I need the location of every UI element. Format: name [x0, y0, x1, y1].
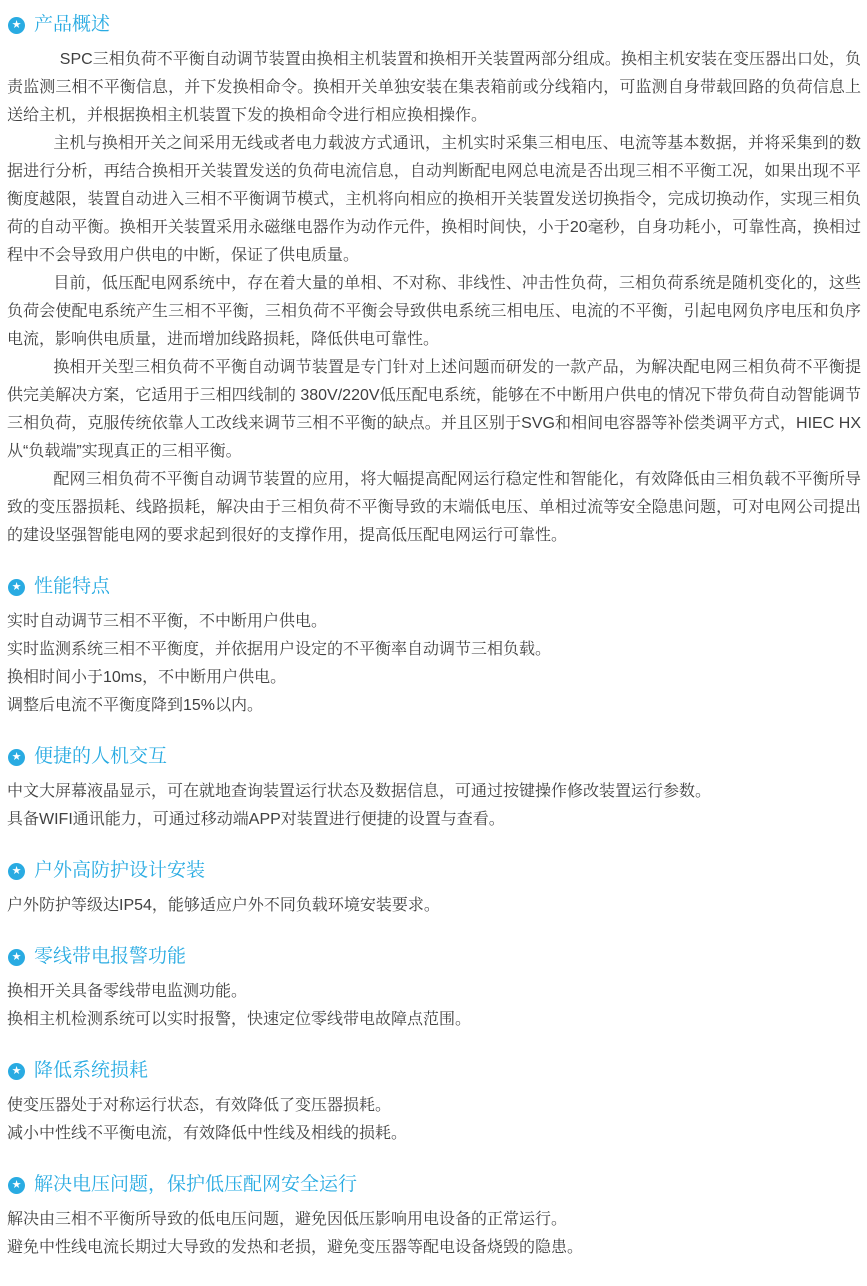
- paragraph: 换相开关型三相负荷不平衡自动调节装置是专门针对上述问题而研发的一款产品，为解决配…: [7, 354, 861, 466]
- paragraph: 实时自动调节三相不平衡，不中断用户供电。: [7, 608, 861, 636]
- section-title: 户外高防护设计安装: [34, 858, 205, 884]
- paragraph: 中文大屏幕液晶显示，可在就地查询装置运行状态及数据信息，可通过按键操作修改装置运…: [7, 778, 861, 806]
- paragraph: 配网三相负荷不平衡自动调节装置的应用，将大幅提高配网运行稳定性和智能化，有效降低…: [7, 466, 861, 550]
- section-heading: ★ 户外高防护设计安装: [8, 858, 861, 884]
- section-performance-features: ★ 性能特点 实时自动调节三相不平衡，不中断用户供电。实时监测系统三相不平衡度，…: [7, 574, 861, 720]
- section-heading: ★ 零线带电报警功能: [8, 944, 861, 970]
- paragraph: 调整后电流不平衡度降到15%以内。: [7, 692, 861, 720]
- paragraph: 解决由三相不平衡所导致的低电压问题，避免因低压影响用电设备的正常运行。: [7, 1206, 861, 1234]
- paragraph: 避免中性线电流长期过大导致的发热和老损，避免变压器等配电设备烧毁的隐患。: [7, 1234, 861, 1262]
- section-body: SPC三相负荷不平衡自动调节装置由换相主机装置和换相开关装置两部分组成。换相主机…: [7, 46, 861, 550]
- section-hmi-interaction: ★ 便捷的人机交互 中文大屏幕液晶显示，可在就地查询装置运行状态及数据信息，可通…: [7, 744, 861, 834]
- paragraph: 换相主机检测系统可以实时报警，快速定位零线带电故障点范围。: [7, 1006, 861, 1034]
- section-body: 中文大屏幕液晶显示，可在就地查询装置运行状态及数据信息，可通过按键操作修改装置运…: [7, 778, 861, 834]
- paragraph: 使变压器处于对称运行状态，有效降低了变压器损耗。: [7, 1092, 861, 1120]
- paragraph: 换相时间小于10ms，不中断用户供电。: [7, 664, 861, 692]
- star-in-circle-icon: ★: [8, 949, 25, 966]
- section-title: 产品概述: [34, 12, 110, 38]
- section-heading: ★ 便捷的人机交互: [8, 744, 861, 770]
- section-heading: ★ 产品概述: [8, 12, 861, 38]
- star-in-circle-icon: ★: [8, 17, 25, 34]
- paragraph: 减小中性线不平衡电流，有效降低中性线及相线的损耗。: [7, 1120, 861, 1148]
- paragraph: 主机与换相开关之间采用无线或者电力载波方式通讯，主机实时采集三相电压、电流等基本…: [7, 130, 861, 270]
- section-body: 户外防护等级达IP54，能够适应户外不同负载环境安装要求。: [7, 892, 861, 920]
- section-title: 降低系统损耗: [34, 1058, 148, 1084]
- paragraph: SPC三相负荷不平衡自动调节装置由换相主机装置和换相开关装置两部分组成。换相主机…: [7, 46, 861, 130]
- paragraph: 户外防护等级达IP54，能够适应户外不同负载环境安装要求。: [7, 892, 861, 920]
- star-in-circle-icon: ★: [8, 579, 25, 596]
- paragraph: 目前，低压配电网系统中，存在着大量的单相、不对称、非线性、冲击性负荷，三相负荷系…: [7, 270, 861, 354]
- star-in-circle-icon: ★: [8, 749, 25, 766]
- paragraph: 实时监测系统三相不平衡度，并依据用户设定的不平衡率自动调节三相负载。: [7, 636, 861, 664]
- section-body: 使变压器处于对称运行状态，有效降低了变压器损耗。减小中性线不平衡电流，有效降低中…: [7, 1092, 861, 1148]
- section-product-overview: ★ 产品概述 SPC三相负荷不平衡自动调节装置由换相主机装置和换相开关装置两部分…: [7, 12, 861, 550]
- section-title: 性能特点: [34, 574, 110, 600]
- section-title: 解决电压问题，保护低压配网安全运行: [34, 1172, 357, 1198]
- section-body: 换相开关具备零线带电监测功能。换相主机检测系统可以实时报警，快速定位零线带电故障…: [7, 978, 861, 1034]
- star-in-circle-icon: ★: [8, 1177, 25, 1194]
- star-in-circle-icon: ★: [8, 1063, 25, 1080]
- section-outdoor-protection: ★ 户外高防护设计安装 户外防护等级达IP54，能够适应户外不同负载环境安装要求…: [7, 858, 861, 920]
- star-in-circle-icon: ★: [8, 863, 25, 880]
- section-title: 便捷的人机交互: [34, 744, 167, 770]
- section-voltage-safety: ★ 解决电压问题，保护低压配网安全运行 解决由三相不平衡所导致的低电压问题，避免…: [7, 1172, 861, 1262]
- section-heading: ★ 性能特点: [8, 574, 861, 600]
- section-body: 解决由三相不平衡所导致的低电压问题，避免因低压影响用电设备的正常运行。避免中性线…: [7, 1206, 861, 1262]
- section-reduce-system-loss: ★ 降低系统损耗 使变压器处于对称运行状态，有效降低了变压器损耗。减小中性线不平…: [7, 1058, 861, 1148]
- paragraph: 换相开关具备零线带电监测功能。: [7, 978, 861, 1006]
- section-heading: ★ 解决电压问题，保护低压配网安全运行: [8, 1172, 861, 1198]
- section-neutral-live-alarm: ★ 零线带电报警功能 换相开关具备零线带电监测功能。换相主机检测系统可以实时报警…: [7, 944, 861, 1034]
- document-page: ★ 产品概述 SPC三相负荷不平衡自动调节装置由换相主机装置和换相开关装置两部分…: [0, 0, 867, 1286]
- section-heading: ★ 降低系统损耗: [8, 1058, 861, 1084]
- section-title: 零线带电报警功能: [34, 944, 186, 970]
- sections-container: ★ 产品概述 SPC三相负荷不平衡自动调节装置由换相主机装置和换相开关装置两部分…: [7, 12, 861, 1262]
- paragraph: 具备WIFI通讯能力，可通过移动端APP对装置进行便捷的设置与查看。: [7, 806, 861, 834]
- section-body: 实时自动调节三相不平衡，不中断用户供电。实时监测系统三相不平衡度，并依据用户设定…: [7, 608, 861, 720]
